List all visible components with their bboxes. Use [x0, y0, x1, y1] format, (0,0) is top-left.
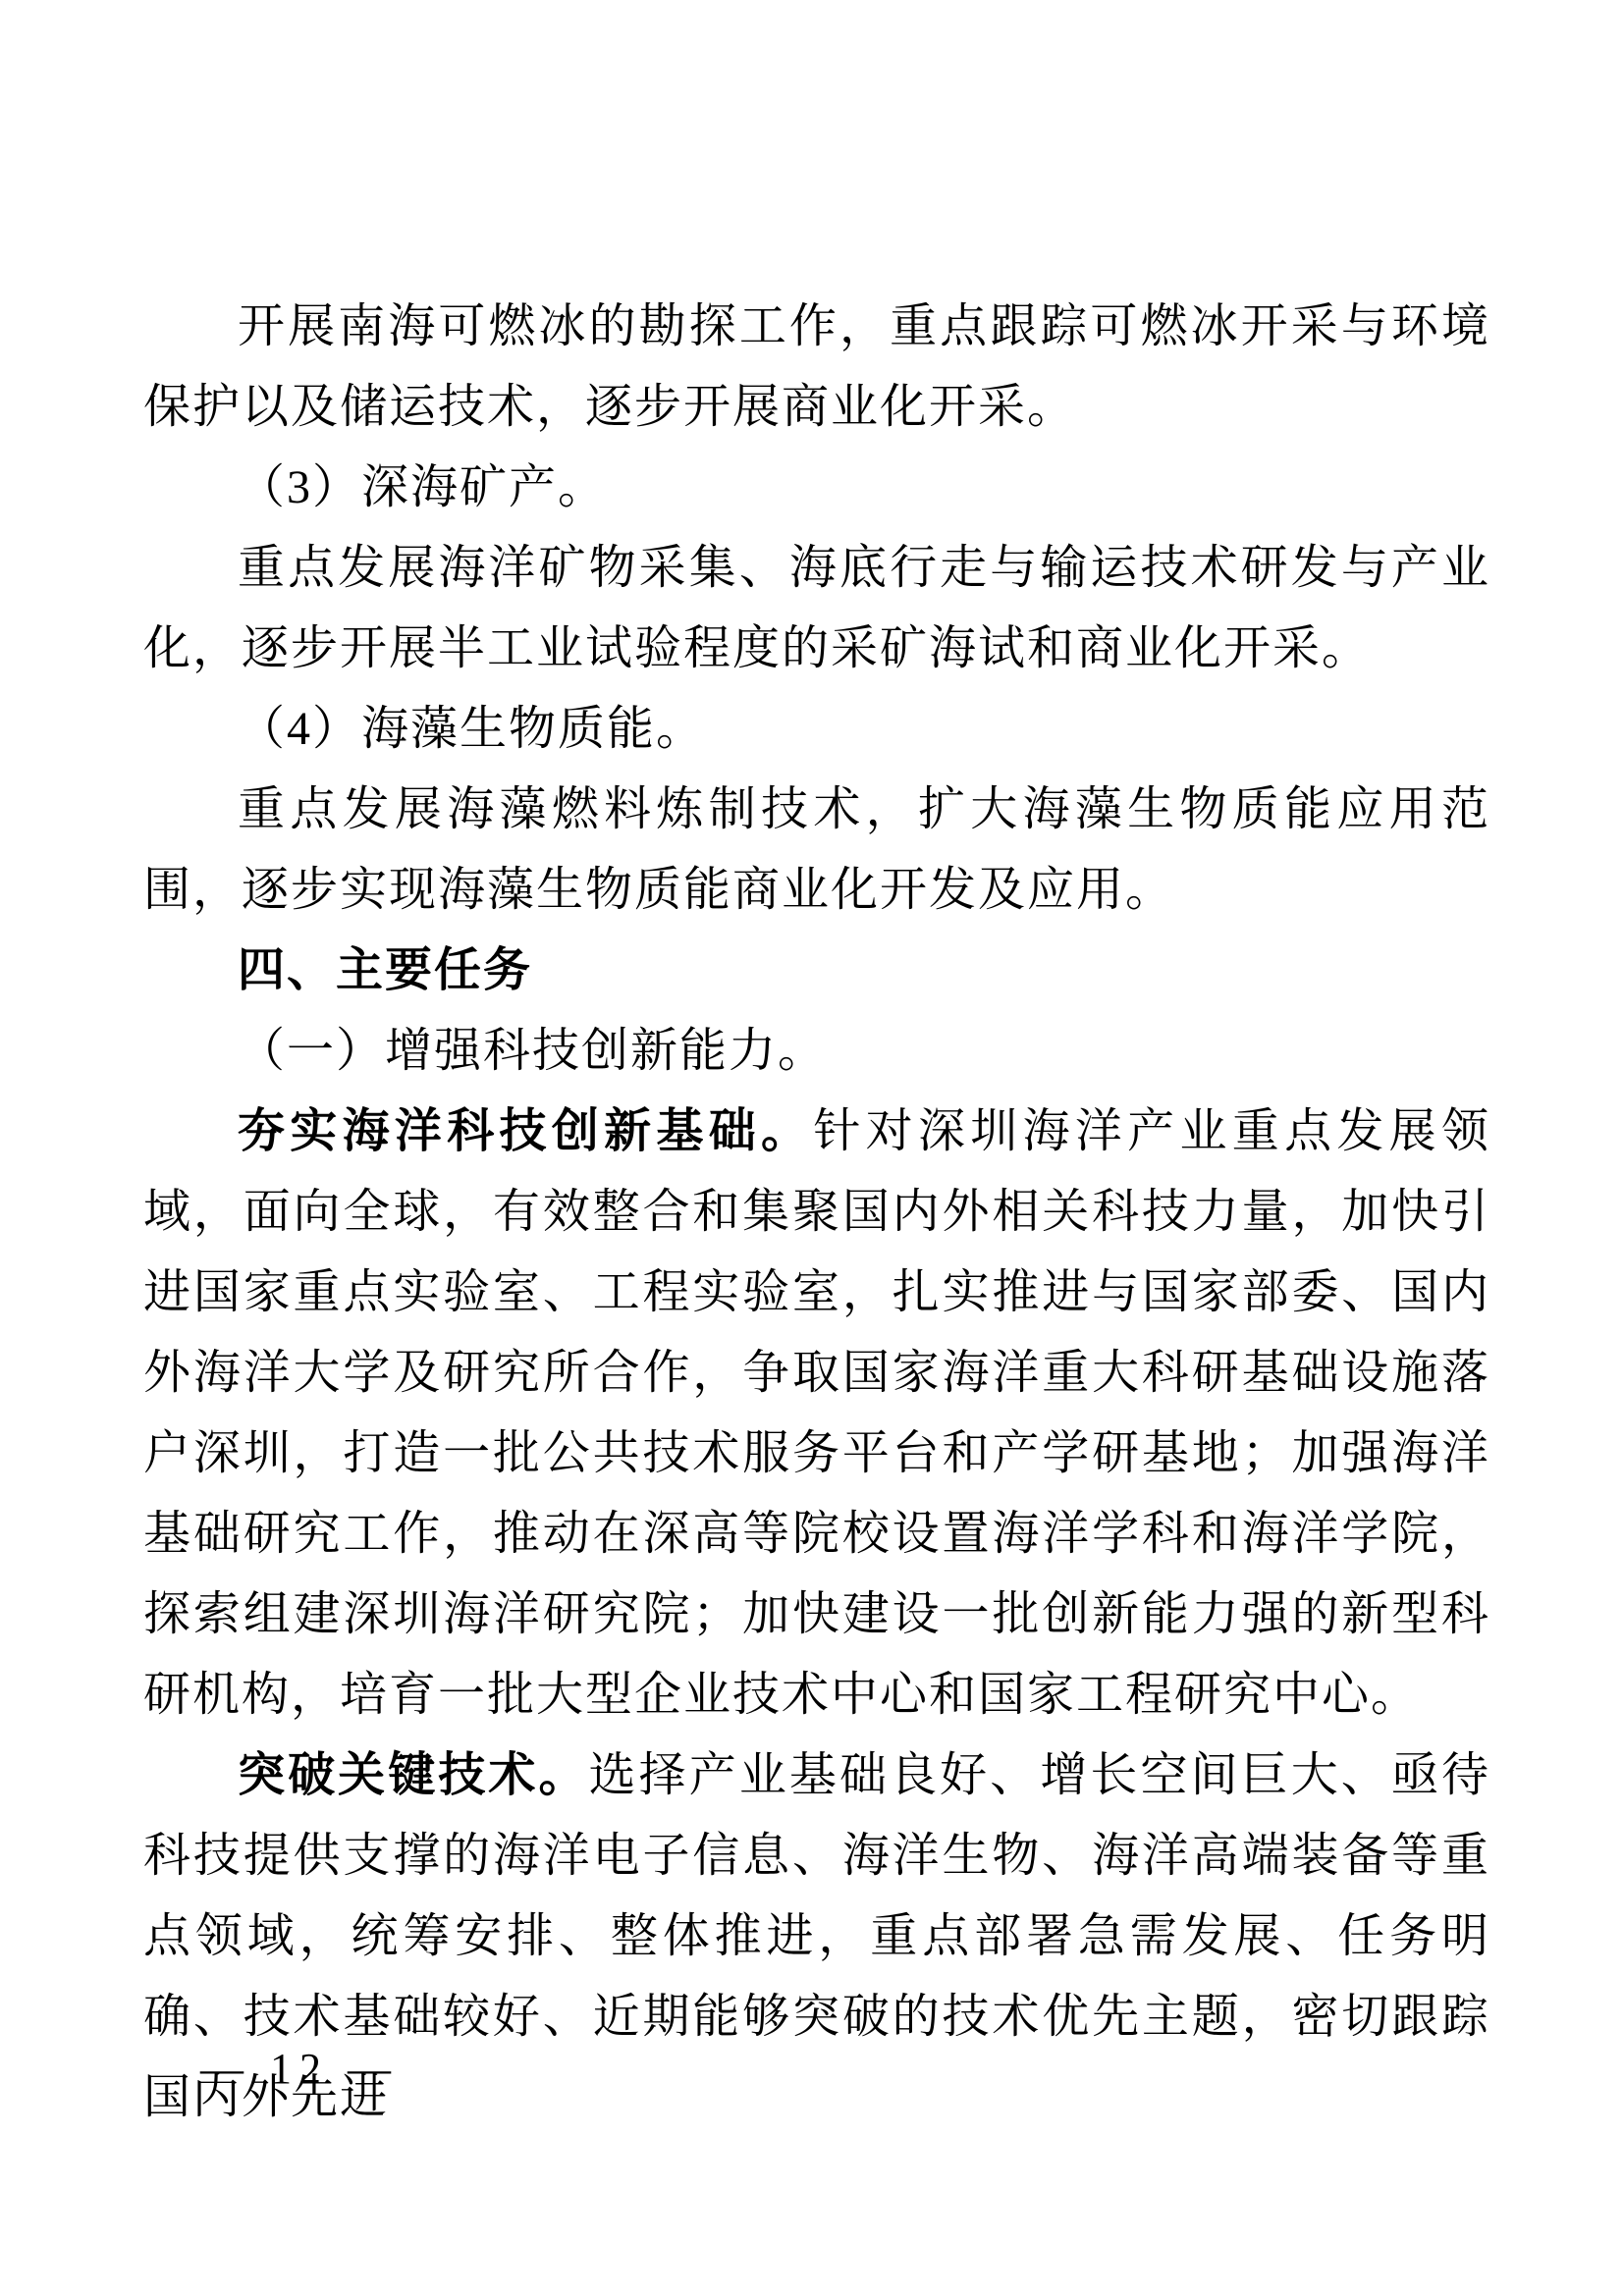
paragraph-gas-hydrate: 开展南海可燃冰的勘探工作，重点跟踪可燃冰开采与环境保护以及储运技术，逐步开展商业…	[143, 287, 1490, 448]
paragraph-algae-detail: 重点发展海藻燃料炼制技术，扩大海藻生物质能应用范围，逐步实现海藻生物质能商业化开…	[143, 770, 1490, 931]
paragraph-innovation-foundation-text: 针对深圳海洋产业重点发展领域，面向全球，有效整合和集聚国内外相关科技力量，加快引…	[143, 1105, 1490, 1721]
section-heading-main-tasks: 四、主要任务	[143, 931, 1490, 1011]
page-number: — 12 —	[200, 2044, 399, 2094]
subitem-algae-biomass: （4）海藻生物质能。	[143, 689, 1490, 770]
bold-lead-foundation: 夯实海洋科技创新基础。	[238, 1105, 813, 1157]
subitem-deep-sea-minerals: （3）深海矿产。	[143, 448, 1490, 528]
subsection-heading-innovation: （一）增强科技创新能力。	[143, 1011, 1490, 1092]
paragraph-minerals-detail: 重点发展海洋矿物采集、海底行走与输运技术研发与产业化，逐步开展半工业试验程度的采…	[143, 528, 1490, 689]
document-page: 开展南海可燃冰的勘探工作，重点跟踪可燃冰开采与环境保护以及储运技术，逐步开展商业…	[0, 0, 1623, 2296]
paragraph-innovation-foundation: 夯实海洋科技创新基础。针对深圳海洋产业重点发展领域，面向全球，有效整合和集聚国内…	[143, 1092, 1490, 1735]
bold-lead-key-tech: 突破关键技术。	[238, 1749, 589, 1801]
document-content: 开展南海可燃冰的勘探工作，重点跟踪可燃冰开采与环境保护以及储运技术，逐步开展商业…	[143, 287, 1490, 2138]
